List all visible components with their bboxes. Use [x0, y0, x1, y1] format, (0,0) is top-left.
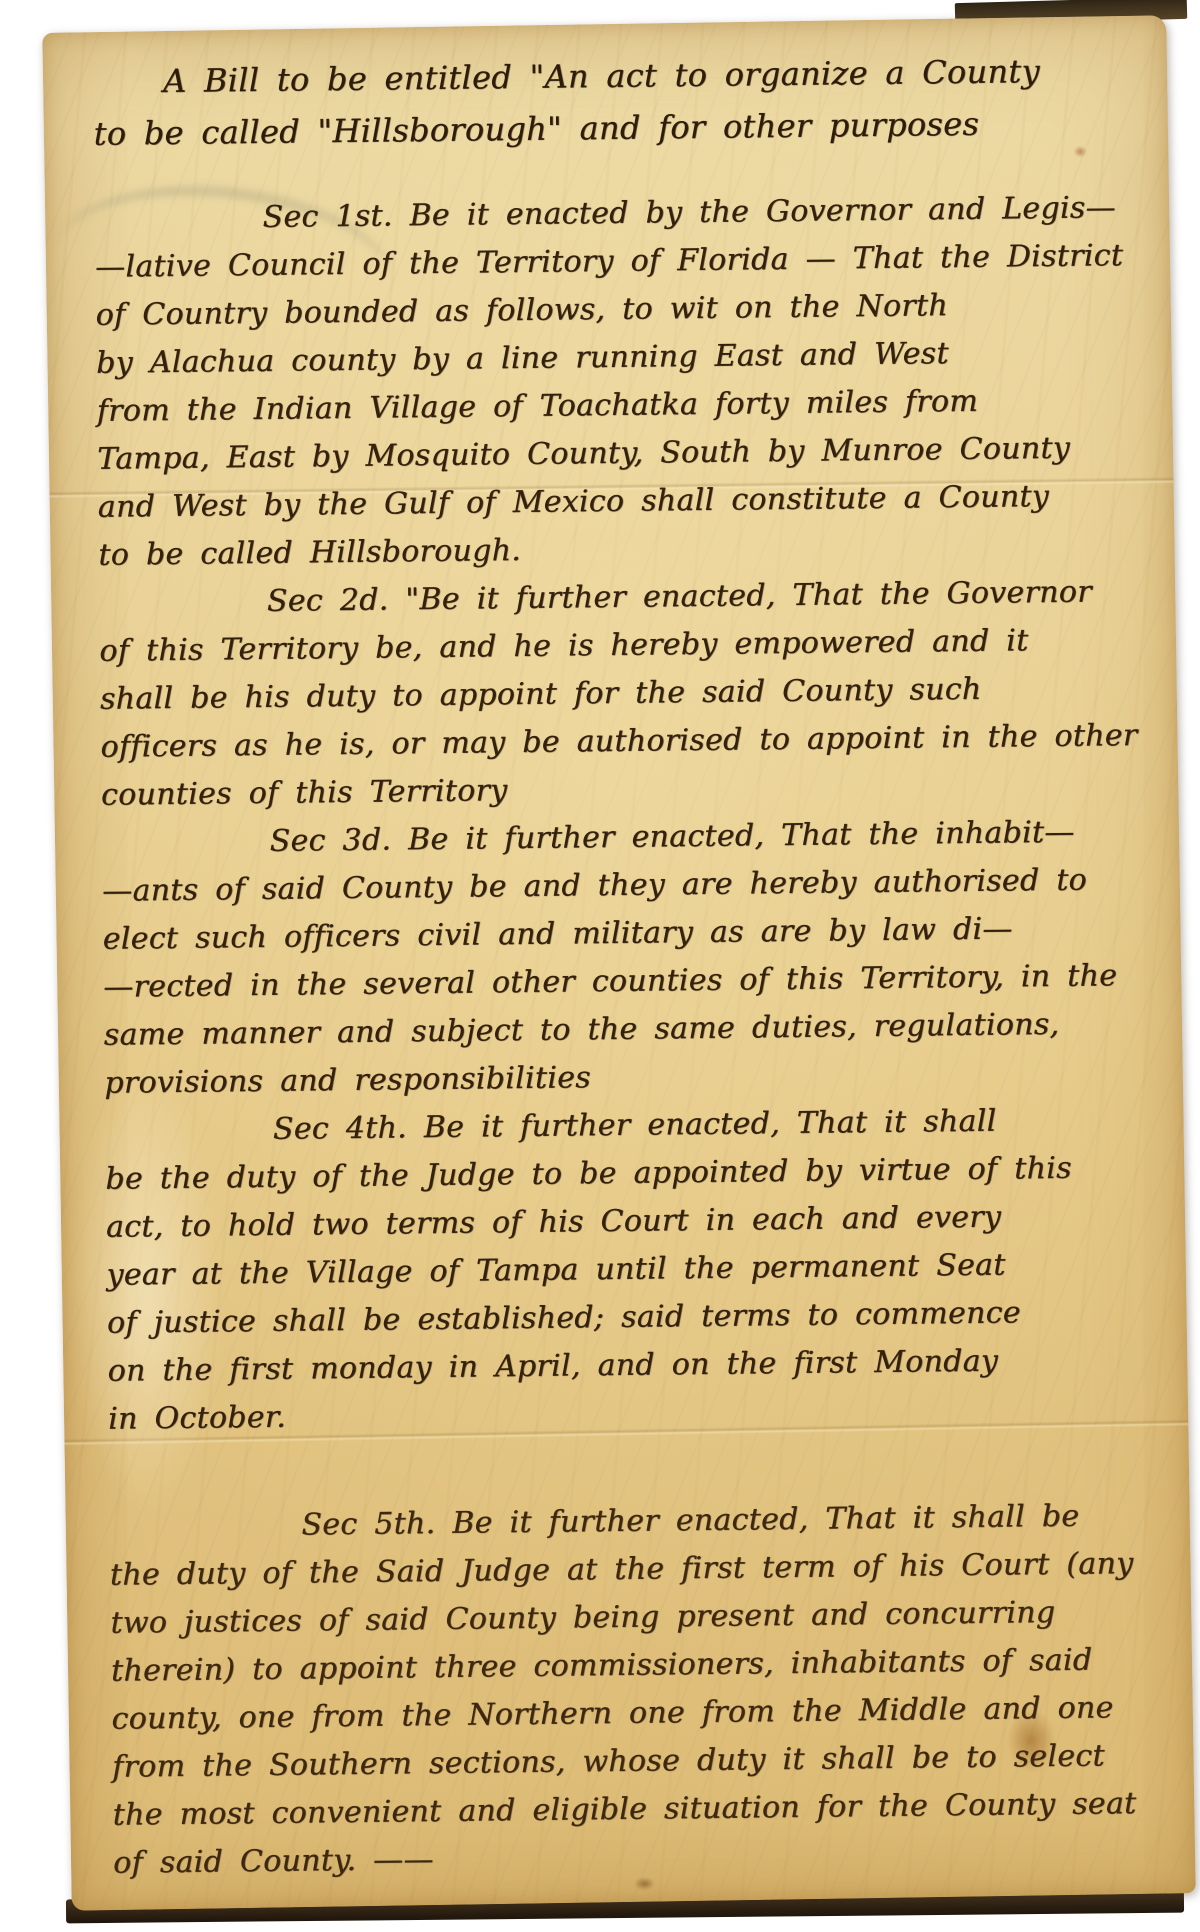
section-2: Sec 2d. "Be it further enacted, That the…	[99, 568, 1160, 820]
document-title: A Bill to be entitled "An act to organiz…	[93, 44, 1152, 160]
section-5: Sec 5th. Be it further enacted, That it …	[109, 1492, 1171, 1888]
section-1: Sec 1st. Be it enacted by the Governor a…	[94, 184, 1156, 580]
scan-background: A Bill to be entitled "An act to organiz…	[0, 0, 1200, 1932]
section-3: Sec 3d. Be it further enacted, That the …	[101, 808, 1162, 1108]
manuscript-text: A Bill to be entitled "An act to organiz…	[93, 44, 1172, 1888]
manuscript-page: A Bill to be entitled "An act to organiz…	[42, 15, 1195, 1910]
section-4: Sec 4th. Be it further enacted, That it …	[105, 1096, 1167, 1444]
